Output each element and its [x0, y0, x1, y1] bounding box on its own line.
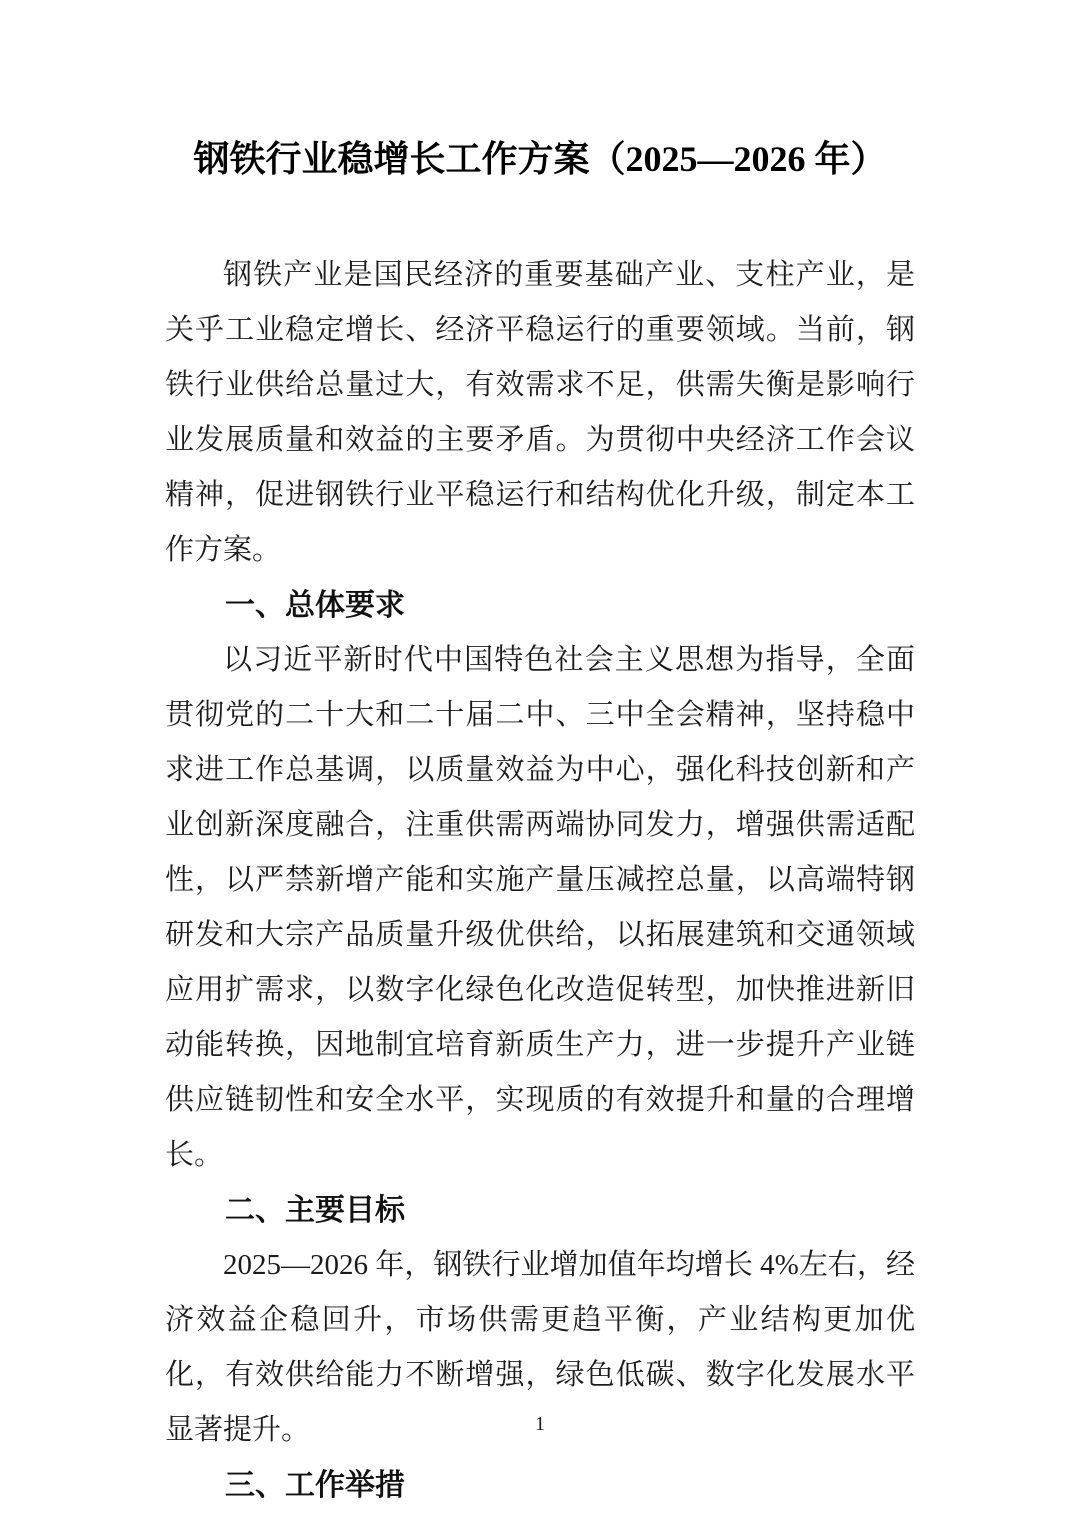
- heading-overall-requirements: 一、总体要求: [165, 578, 915, 633]
- paragraph-introduction: 钢铁产业是国民经济的重要基础产业、支柱产业，是关乎工业稳定增长、经济平稳运行的重…: [165, 248, 915, 578]
- document-page: 钢铁行业稳增长工作方案（2025—2026 年） 钢铁产业是国民经济的重要基础产…: [0, 0, 1080, 1527]
- page-number: 1: [0, 1410, 1080, 1438]
- document-content: 钢铁行业稳增长工作方案（2025—2026 年） 钢铁产业是国民经济的重要基础产…: [165, 0, 915, 1513]
- heading-main-goals: 二、主要目标: [165, 1183, 915, 1238]
- heading-work-measures: 三、工作举措: [165, 1458, 915, 1513]
- document-title: 钢铁行业稳增长工作方案（2025—2026 年）: [165, 0, 915, 188]
- paragraph-overall-requirements: 以习近平新时代中国特色社会主义思想为指导，全面贯彻党的二十大和二十届二中、三中全…: [165, 633, 915, 1183]
